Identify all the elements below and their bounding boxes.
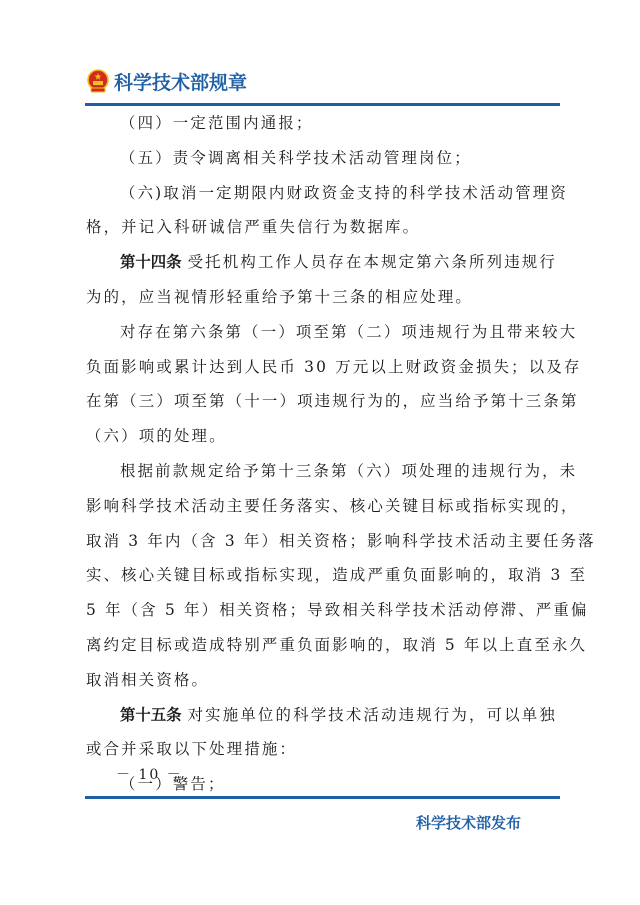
text-line: （六）项的处理。 [86,419,560,454]
line-text: 负面影响或累计达到人民币 30 万元以上财政资金损失；以及存 [86,358,582,376]
line-text: 为的，应当视情形轻重给予第十三条的相应处理。 [86,288,473,306]
text-line: （五）责令调离相关科学技术活动管理岗位； [86,141,560,176]
page-number: － 10 － [116,764,183,784]
text-line: 离约定目标或造成特别严重负面影响的，取消 5 年以上直至永久 [86,628,560,663]
text-line: 根据前款规定给予第十三条第（六）项处理的违规行为，未 [86,454,560,489]
text-line: 对存在第六条第（一）项至第（二）项违规行为且带来较大 [86,315,560,350]
line-text: （四）一定范围内通报； [120,114,314,132]
line-text: 根据前款规定给予第十三条第（六）项处理的违规行为，未 [120,462,577,480]
text-line: 负面影响或累计达到人民币 30 万元以上财政资金损失；以及存 [86,350,560,385]
text-line: （六)取消一定期限内财政资金支持的科学技术活动管理资 [86,176,560,211]
line-text: 对存在第六条第（一）项至第（二）项违规行为且带来较大 [120,323,577,341]
text-line: 5 年（含 5 年）相关资格；导致相关科学技术活动停滞、严重偏 [86,593,560,628]
document-header: 科学技术部规章 [86,66,247,96]
text-line: 为的，应当视情形轻重给予第十三条的相应处理。 [86,280,560,315]
line-text: 离约定目标或造成特别严重负面影响的，取消 5 年以上直至永久 [86,636,587,654]
line-text: 5 年（含 5 年）相关资格；导致相关科学技术活动停滞、严重偏 [86,601,589,619]
text-line: 取消 3 年内（含 3 年）相关资格；影响科学技术活动主要任务落 [86,524,560,559]
text-line: 在第（三）项至第（十一）项违规行为的，应当给予第十三条第 [86,384,560,419]
article-heading-line: 第十四条受托机构工作人员存在本规定第六条所列违规行 [86,245,560,280]
text-line: 取消相关资格。 [86,663,560,698]
line-text: 受托机构工作人员存在本规定第六条所列违规行 [188,253,557,271]
line-text: 格，并记入科研诚信严重失信行为数据库。 [86,218,420,236]
text-line: 格，并记入科研诚信严重失信行为数据库。 [86,210,560,245]
article-number: 第十五条 [120,706,182,724]
text-line: 实、核心关键目标或指标实现，造成严重负面影响的，取消 3 至 [86,558,560,593]
line-text: 实、核心关键目标或指标实现，造成严重负面影响的，取消 3 至 [86,566,587,584]
regulation-header-title: 科学技术部规章 [114,68,247,95]
national-emblem-icon [86,69,110,93]
line-text: （六）项的处理。 [86,427,227,445]
line-text: （六)取消一定期限内财政资金支持的科学技术活动管理资 [120,184,568,202]
line-text: 在第（三）项至第（十一）项违规行为的，应当给予第十三条第 [86,392,579,410]
line-text: 或合并采取以下处理措施： [86,740,297,758]
text-line: 影响科学技术活动主要任务落实、核心关键目标或指标实现的， [86,489,560,524]
article-heading-line: 第十五条对实施单位的科学技术活动违规行为，可以单独 [86,698,560,733]
publisher-label: 科学技术部发布 [416,812,521,833]
article-number: 第十四条 [120,253,182,271]
line-text: 对实施单位的科学技术活动违规行为，可以单独 [188,706,557,724]
line-text: 取消相关资格。 [86,671,209,689]
line-text: 取消 3 年内（含 3 年）相关资格；影响科学技术活动主要任务落 [86,532,596,550]
document-body: （四）一定范围内通报；（五）责令调离相关科学技术活动管理岗位；（六)取消一定期限… [86,106,560,802]
line-text: （五）责令调离相关科学技术活动管理岗位； [120,149,472,167]
text-line: 或合并采取以下处理措施： [86,732,560,767]
line-text: 影响科学技术活动主要任务落实、核心关键目标或指标实现的， [86,497,579,515]
text-line: （四）一定范围内通报； [86,106,560,141]
footer-divider [85,796,560,799]
